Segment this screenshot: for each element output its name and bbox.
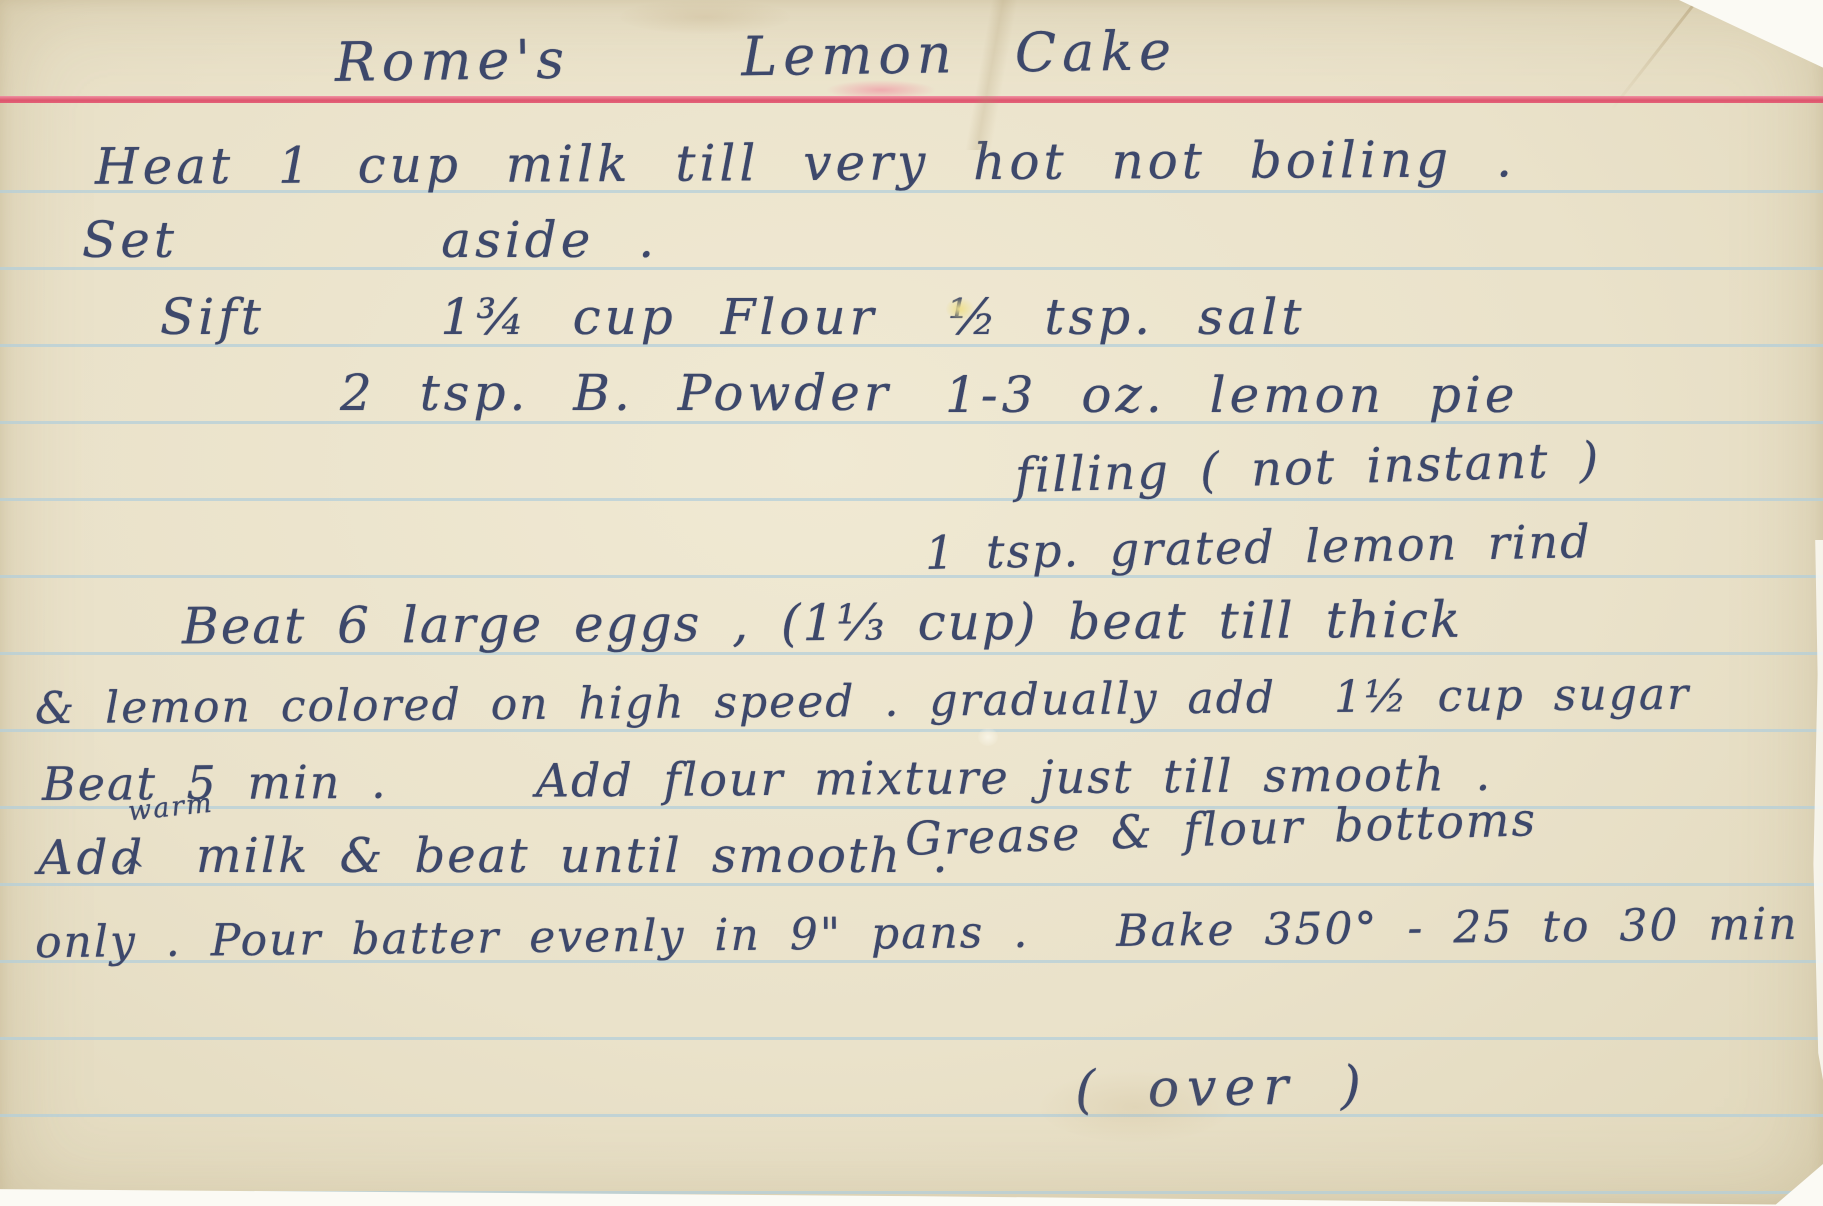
paper-stain [978,728,998,746]
blue-rule-line [0,498,1823,501]
blue-rule-line [0,1114,1823,1117]
paper-crease [930,0,1050,150]
recipe-line-add-milk: milk & beat until smooth . [196,832,950,880]
paper-crease [1610,0,1705,111]
recipe-line-lemon-rind: 1 tsp. grated lemon rind [925,518,1592,576]
corner-wear [1753,1146,1823,1206]
insertion-caret: ^ [120,856,149,886]
recipe-line-beat-eggs: Beat 6 large eggs , (1⅓ cup) beat till t… [182,595,1462,652]
pink-ink-smear [826,80,936,100]
scanned-recipe-card: Rome's Lemon Cake Heat 1 cup milk till v… [0,0,1823,1206]
recipe-line-pour-bake: only . Pour batter evenly in 9" pans . B… [35,903,1799,965]
recipe-line-beat-five-min: Beat 5 min . Add flour mixture just till… [42,751,1492,807]
paper-stain [946,298,974,320]
recipe-line-salt: ½ tsp. salt [948,292,1305,342]
recipe-line-baking-powder: 2 tsp. B. Powder [340,368,892,418]
recipe-title: Rome's Lemon Cake [335,24,1178,90]
paper-stain [1040,1072,1230,1142]
recipe-line-lemon-colored: & lemon colored on high speed . graduall… [35,673,1691,731]
blue-rule-line [0,421,1823,424]
recipe-card: Rome's Lemon Cake Heat 1 cup milk till v… [0,0,1823,1206]
torn-right-edge [1811,540,1823,1080]
blue-rule-line [0,575,1823,578]
paper-stain [620,0,790,34]
recipe-line-lemon-pie: 1-3 oz. lemon pie [945,370,1518,420]
corner-fold [1523,0,1823,130]
insertion-warm: warm [127,790,215,826]
blue-rule-line [0,1037,1823,1040]
recipe-line-sift-flour: Sift 1¾ cup Flour [160,292,878,342]
recipe-line-set-aside: Set aside . [82,215,658,265]
recipe-line-heat-milk: Heat 1 cup milk till very hot not boilin… [95,134,1516,191]
recipe-line-filling: filling ( not instant ) [1014,436,1601,500]
